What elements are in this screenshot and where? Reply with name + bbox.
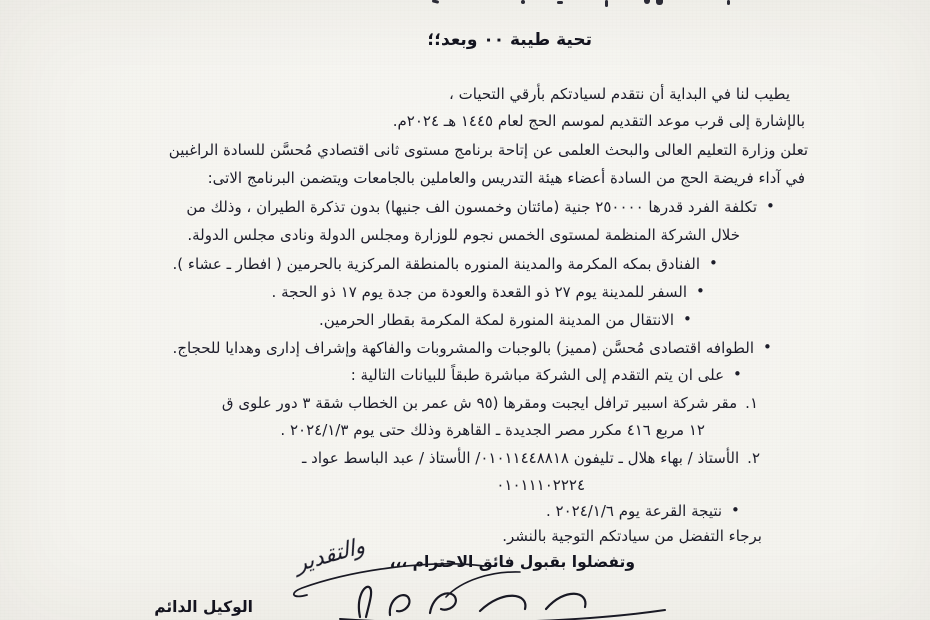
numbered-item-address: ١.مقر شركة اسبير ترافل ايجبت ومقرها (٩٥ … [222,394,758,412]
bullet-text: نتيجة القرعة يوم ٢٠٢٤/١/٦ . [546,502,722,520]
greeting-line: تحية طيبة ٠٠ وبعد؛؛ [427,30,592,50]
list-number: ١. [745,394,758,412]
bullet-text: على ان يتم التقدم إلى الشركة مباشرة طبقا… [351,366,724,384]
signatory-title: الوكيل الدائم [154,598,253,616]
numbered-item-address-cont: ١٢ مربع ٤١٦ مكرر مصر الجديدة ـ القاهرة و… [280,421,705,439]
bullet-text: تكلفة الفرد قدرها ٢٥٠٠٠٠ جنية (مائتان وخ… [186,198,757,216]
bullet-text: الانتقال من المدينة المنورة لمكة المكرمة… [319,311,674,329]
intro-line-4: في آداء فريضة الحج من السادة أعضاء هيئة … [208,169,805,187]
bullet-text: الفنادق بمكه المكرمة والمدينة المنوره با… [173,255,701,273]
numbered-text: مقر شركة اسبير ترافل ايجبت ومقرها (٩٥ ش … [222,394,737,412]
bullet-item-apply: •على ان يتم التقدم إلى الشركة مباشرة طبق… [351,366,742,384]
numbered-item-contacts: ٢.الأستاذ / بهاء هلال ـ تليفون ٠١٠١١٤٤٨٨… [302,449,760,467]
bullet-text: السفر للمدينة يوم ٢٧ ذو القعدة والعودة م… [272,283,688,301]
bullet-item-lottery: •نتيجة القرعة يوم ٢٠٢٤/١/٦ . [546,502,740,520]
bullet-icon: • [683,310,692,328]
bullet-item-train: •الانتقال من المدينة المنورة لمكة المكرم… [319,311,692,329]
bullet-item-cost: •تكلفة الفرد قدرها ٢٥٠٠٠٠ جنية (مائتان و… [186,198,775,216]
intro-line-2: بالإشارة إلى قرب موعد التقديم لموسم الحج… [393,112,805,130]
intro-line-3: تعلن وزارة التعليم العالى والبحث العلمى … [169,141,808,159]
list-number: ٢. [747,449,760,467]
bullet-icon: • [696,282,705,300]
bullet-icon: • [763,338,772,356]
bullet-icon: • [766,197,775,215]
bullet-item-travel: •السفر للمدينة يوم ٢٧ ذو القعدة والعودة … [272,283,705,301]
contact-phone-2: ٠١٠١١١٠٢٢٢٤ [496,476,585,494]
letter-body: تحية طيبة ٠٠ وبعد؛؛ يطيب لنا في البداية … [0,0,930,620]
signature-scrawl [330,570,680,620]
bullet-text: الطوافه اقتصادى مُحسَّن (مميز) بالوجبات … [173,339,755,357]
intro-line-1: يطيب لنا في البداية أن نتقدم لسيادتكم بأ… [449,85,790,103]
bullet-icon: • [709,254,718,272]
publish-request-line: برجاء التفضل من سيادتكم التوجية بالنشر. [502,527,762,545]
bullet-icon: • [733,365,742,383]
bullet-item-cost-cont: خلال الشركة المنظمة لمستوى الخمس نجوم لل… [187,226,740,244]
numbered-text: الأستاذ / بهاء هلال ـ تليفون ٠١٠١١٤٤٨٨١٨… [302,449,739,467]
bullet-icon: • [731,501,740,519]
scanned-letter-page: تحية طيبة ٠٠ وبعد؛؛ يطيب لنا في البداية … [0,0,930,620]
bullet-item-hotels: •الفنادق بمكه المكرمة والمدينة المنوره ب… [173,255,719,273]
bullet-item-services: •الطوافه اقتصادى مُحسَّن (مميز) بالوجبات… [173,339,772,357]
